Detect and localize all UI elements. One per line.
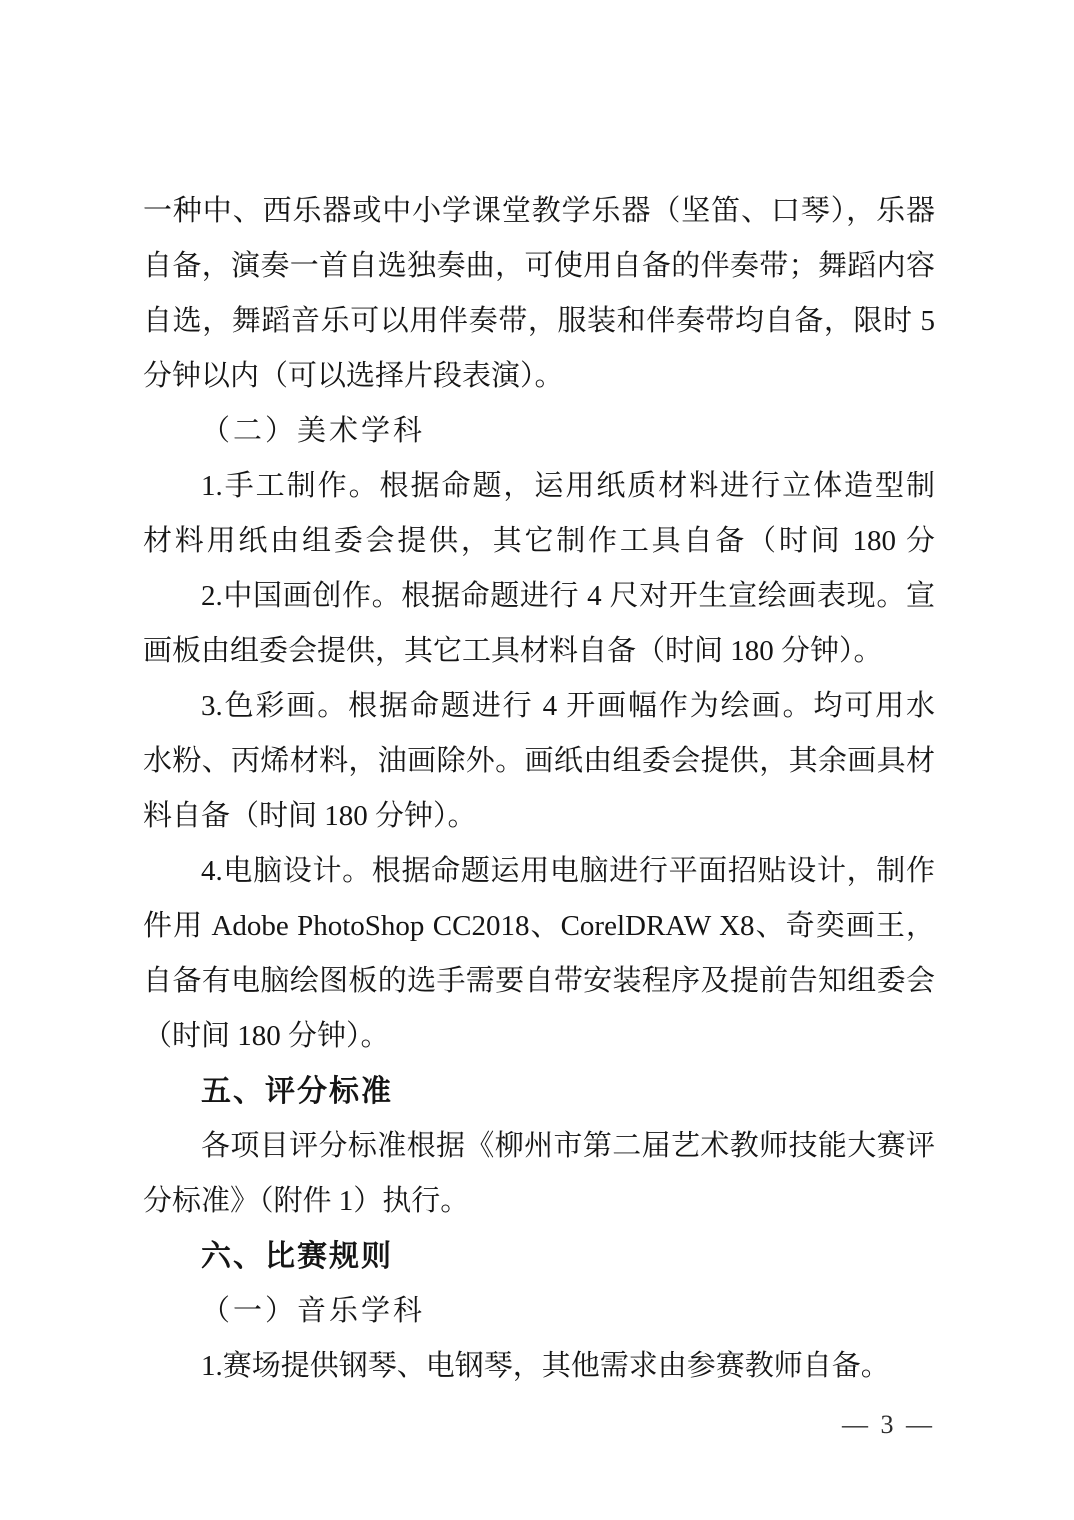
- text-line: 1.赛场提供钢琴、电钢琴，其他需求由参赛教师自备。: [143, 1339, 935, 1394]
- text-line: 材料用纸由组委会提供，其它制作工具自备（时间 180 分钟）。: [143, 514, 935, 569]
- heading-competition-rules: 六、比赛规则: [143, 1229, 935, 1284]
- text-line: 4.电脑设计。根据命题运用电脑进行平面招贴设计，制作软: [143, 844, 935, 899]
- document-page: 一种中、西乐器或中小学课堂教学乐器（坚笛、口琴），乐器自备，演奏一首自选独奏曲，…: [0, 0, 1074, 1520]
- text-line: 自备有电脑绘图板的选手需要自带安装程序及提前告知组委会: [143, 954, 935, 1009]
- heading-scoring-criteria: 五、评分标准: [143, 1064, 935, 1119]
- heading-art-subject: （二）美术学科: [143, 404, 935, 459]
- text-line: 1.手工制作。根据命题，运用纸质材料进行立体造型制作，: [143, 459, 935, 514]
- text-line: 料自备（时间 180 分钟）。: [143, 789, 935, 844]
- text-line: 2.中国画创作。根据命题进行 4 尺对开生宣绘画表现。宣纸、: [143, 569, 935, 624]
- text-line: 自选，舞蹈音乐可以用伴奏带，服装和伴奏带均自备，限时 5: [143, 294, 935, 349]
- text-line: 自备，演奏一首自选独奏曲，可使用自备的伴奏带；舞蹈内容: [143, 239, 935, 294]
- document-body: 一种中、西乐器或中小学课堂教学乐器（坚笛、口琴），乐器自备，演奏一首自选独奏曲，…: [143, 184, 935, 1394]
- text-line: 分标准》（附件 1）执行。: [143, 1174, 935, 1229]
- text-line: 水粉、丙烯材料，油画除外。画纸由组委会提供，其余画具材: [143, 734, 935, 789]
- text-line: 画板由组委会提供，其它工具材料自备（时间 180 分钟）。: [143, 624, 935, 679]
- page-number: — 3 —: [842, 1410, 935, 1440]
- text-line: 各项目评分标准根据《柳州市第二届艺术教师技能大赛评: [143, 1119, 935, 1174]
- text-line: 一种中、西乐器或中小学课堂教学乐器（坚笛、口琴），乐器: [143, 184, 935, 239]
- text-line: 分钟以内（可以选择片段表演）。: [143, 349, 935, 404]
- heading-music-subject: （一）音乐学科: [143, 1284, 935, 1339]
- text-line: 3.色彩画。根据命题进行 4 开画幅作为绘画。均可用水彩、: [143, 679, 935, 734]
- text-line: 件用 Adobe PhotoShop CC2018、CorelDRAW X8、奇…: [143, 899, 935, 954]
- text-line: （时间 180 分钟）。: [143, 1009, 935, 1064]
